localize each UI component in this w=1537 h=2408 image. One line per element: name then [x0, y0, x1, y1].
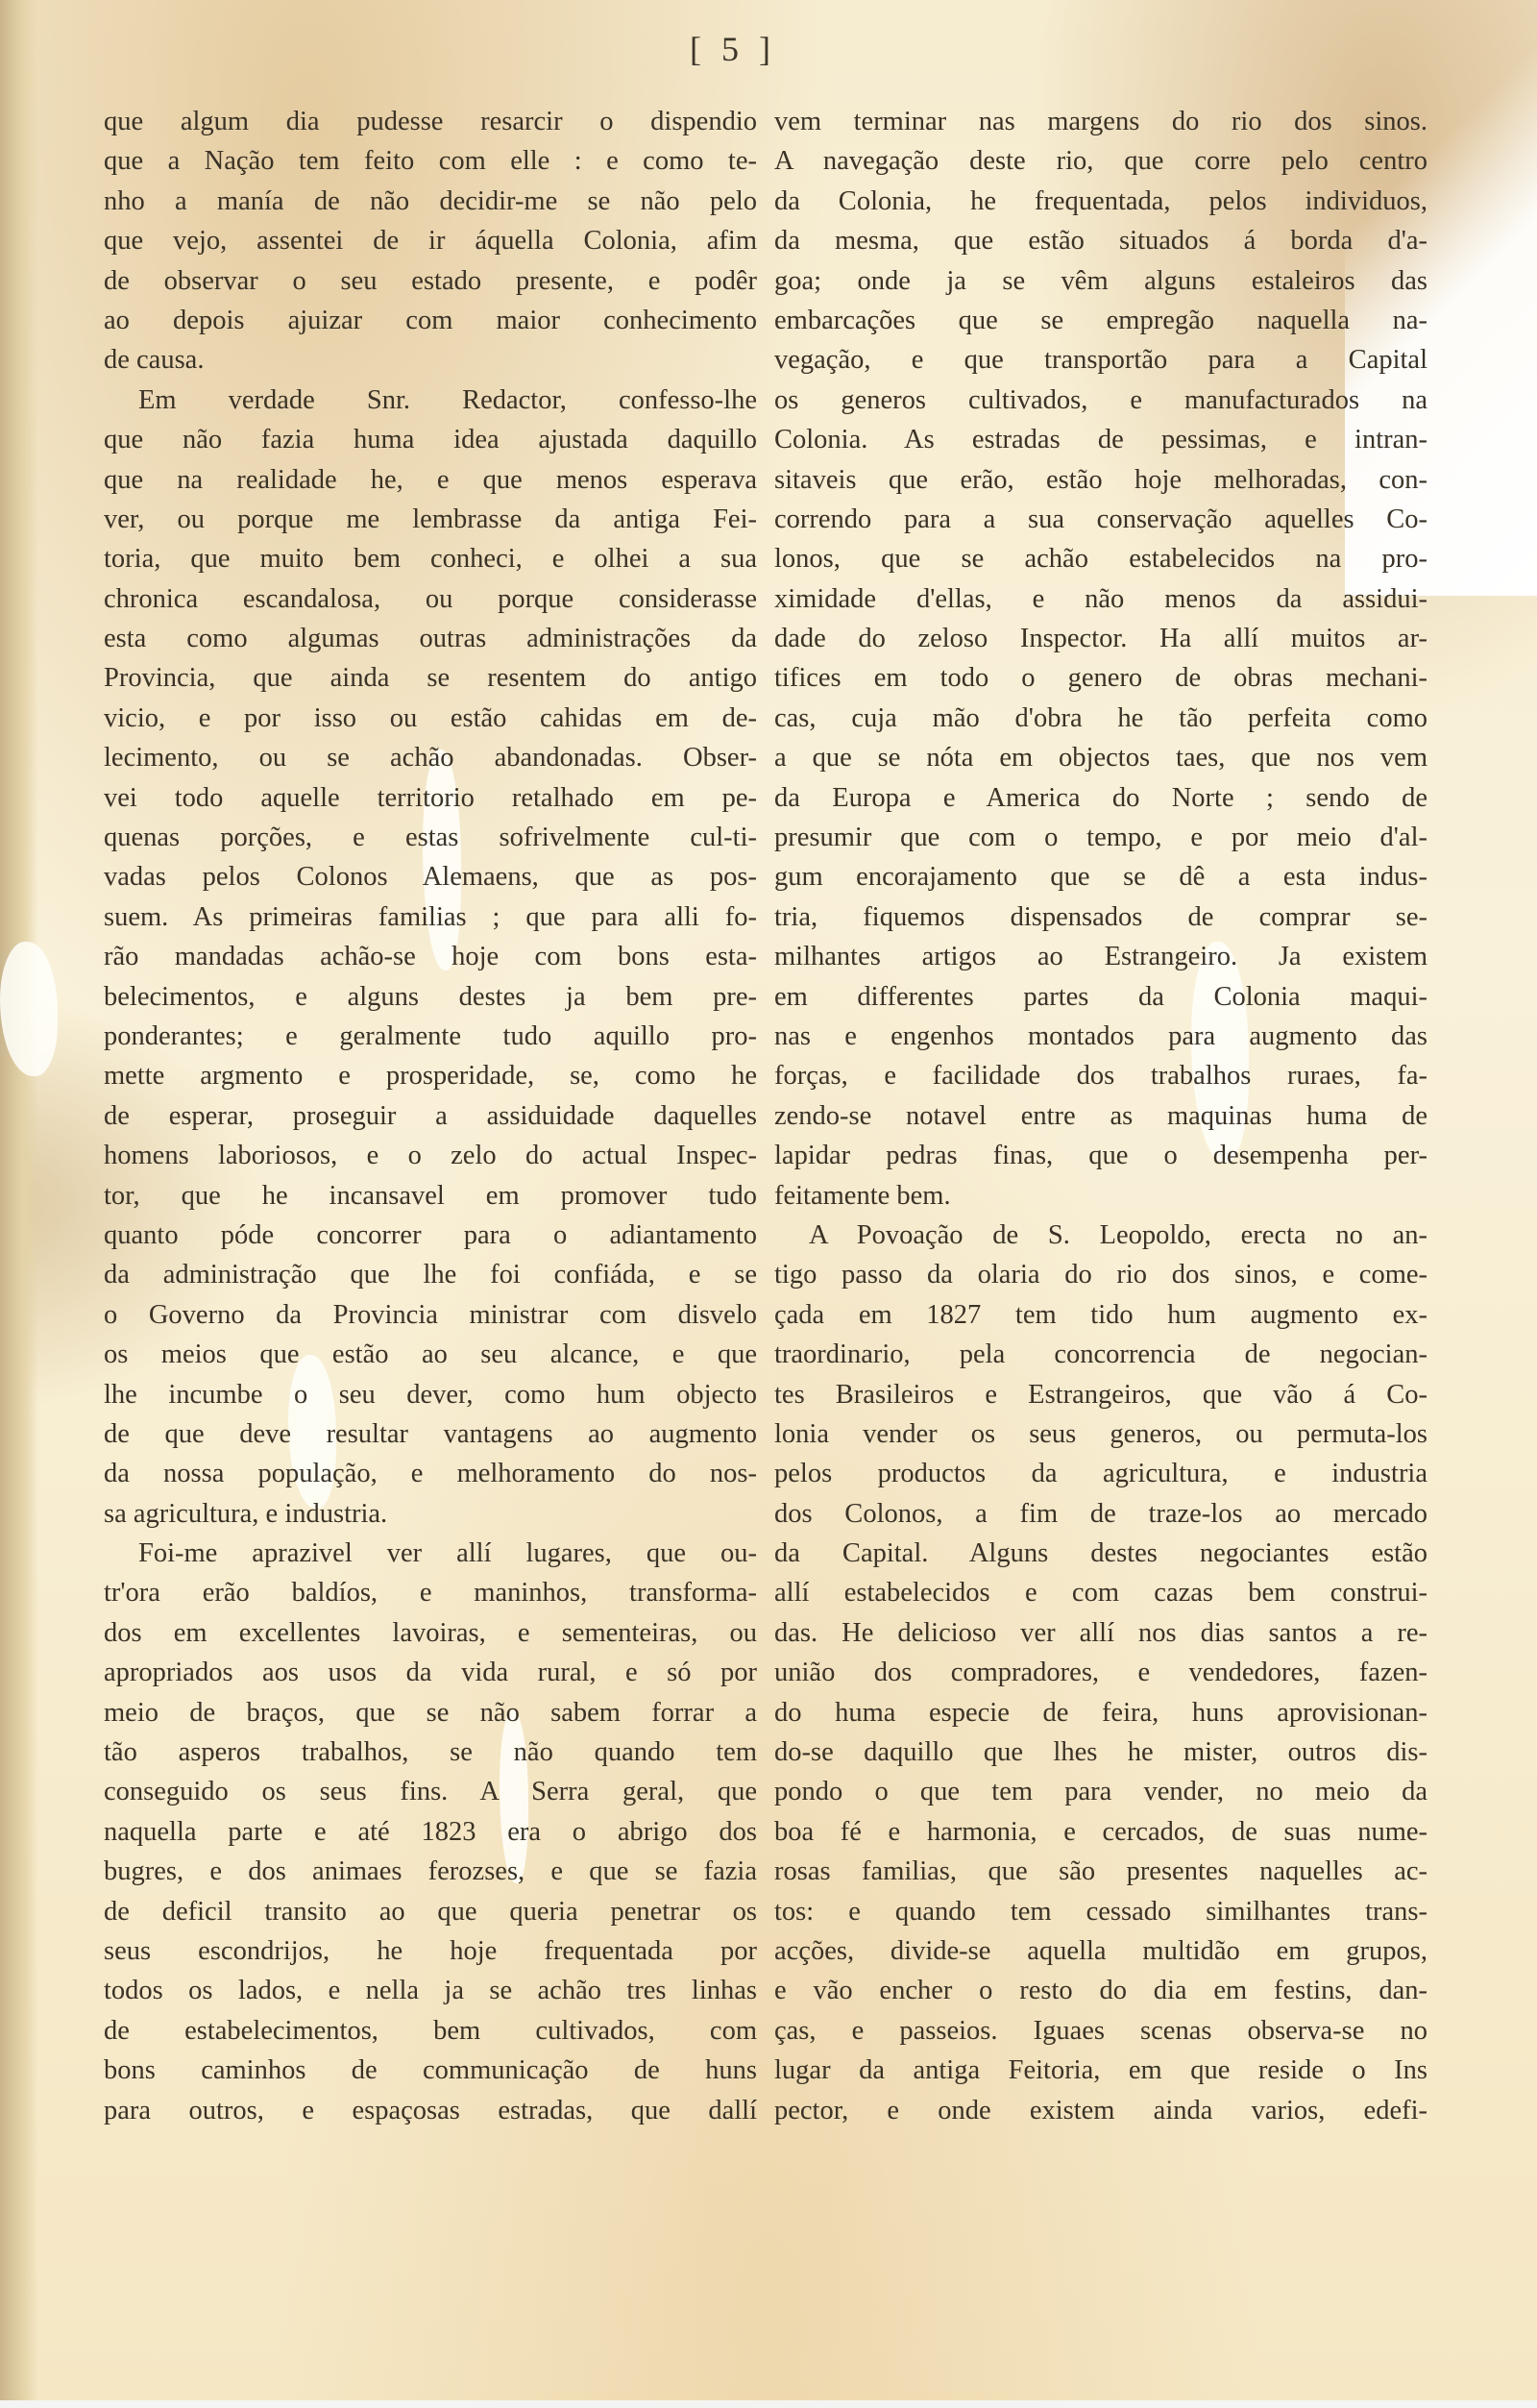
text-line: de esperar, proseguir a assiduidade daqu… — [104, 1096, 757, 1136]
text-line: tifices em todo o genero de obras mechan… — [774, 658, 1427, 698]
text-line: Provincia, que ainda se resentem do anti… — [104, 658, 757, 698]
text-line: sa agricultura, e industria. — [104, 1494, 757, 1534]
text-line: vei todo aquelle territorio retalhado em… — [104, 778, 757, 818]
text-line: dos em excellentes lavoiras, e sementeir… — [104, 1613, 757, 1653]
text-line: todos os lados, e nella ja se achão tres… — [104, 1971, 757, 2010]
text-line: mette argmento e prosperidade, se, como … — [104, 1056, 757, 1095]
text-line: união dos compradores, e vendedores, faz… — [774, 1653, 1427, 1692]
text-line: que algum dia pudesse resarcir o dispend… — [104, 102, 757, 141]
text-line: dade do zeloso Inspector. Ha allí muitos… — [774, 619, 1427, 658]
text-line: esta como algumas outras administrações … — [104, 619, 757, 658]
text-line: ças, e passeios. Iguaes scenas observa-s… — [774, 2011, 1427, 2051]
text-line: rão mandadas achão-se hoje com bons esta… — [104, 937, 757, 976]
text-line: naquella parte e até 1823 era o abrigo d… — [104, 1812, 757, 1852]
text-line: gum encorajamento que se dê a esta indus… — [774, 857, 1427, 897]
text-line: rosas familias, que são presentes naquel… — [774, 1852, 1427, 1891]
text-line: ao depois ajuizar com maior conhecimento — [104, 301, 757, 340]
text-line: Colonia. As estradas de pessimas, e intr… — [774, 420, 1427, 459]
text-line: do-se daquillo que lhes he mister, outro… — [774, 1732, 1427, 1772]
text-line: quanto póde concorrer para o adiantament… — [104, 1216, 757, 1255]
text-line: que não fazia huma idea ajustada daquill… — [104, 420, 757, 459]
text-line: boa fé e harmonia, e cercados, de suas n… — [774, 1812, 1427, 1852]
text-line: o Governo da Provincia ministrar com dis… — [104, 1295, 757, 1335]
text-line: a que se nóta em objectos taes, que nos … — [774, 738, 1427, 777]
text-line: çada em 1827 tem tido hum augmento ex- — [774, 1295, 1427, 1335]
text-line: lonia vender os seus generos, ou permuta… — [774, 1414, 1427, 1454]
text-line: bugres, e dos animaes ferozses, e que se… — [104, 1852, 757, 1891]
text-line: vicio, e por isso ou estão cahidas em de… — [104, 699, 757, 738]
text-line: da Capital. Alguns destes negociantes es… — [774, 1534, 1427, 1573]
right-text-column: vem terminar nas margens do rio dos sino… — [774, 102, 1427, 2130]
text-line: seus escondrijos, he hoje frequentada po… — [104, 1931, 757, 1971]
text-line: de estabelecimentos, bem cultivados, com — [104, 2011, 757, 2051]
text-line: suem. As primeiras familias ; que para a… — [104, 897, 757, 937]
paragraph-start-line: A Povoação de S. Leopoldo, erecta no an- — [774, 1216, 1427, 1255]
text-line: da Europa e America do Norte ; sendo de — [774, 778, 1427, 818]
text-line: dos Colonos, a fim de traze-los ao merca… — [774, 1494, 1427, 1534]
text-line: nas e engenhos montados para augmento da… — [774, 1017, 1427, 1056]
text-line: ver, ou porque me lembrasse da antiga Fe… — [104, 500, 757, 539]
text-line: vadas pelos Colonos Alemaens, que as pos… — [104, 857, 757, 897]
page-number: [ 5 ] — [690, 29, 776, 69]
text-line: presumir que com o tempo, e por meio d'a… — [774, 818, 1427, 857]
text-line: milhantes artigos ao Estrangeiro. Ja exi… — [774, 937, 1427, 976]
text-line: belecimentos, e alguns destes ja bem pre… — [104, 977, 757, 1017]
text-line: acções, divide-se aquella multidão em gr… — [774, 1931, 1427, 1971]
text-line: de que deve resultar vantagens ao augmen… — [104, 1414, 757, 1454]
text-line: cas, cuja mão d'obra he tão perfeita com… — [774, 699, 1427, 738]
scanned-newspaper-page: [ 5 ] que algum dia pudesse resarcir o d… — [0, 0, 1537, 2408]
text-line: da administração que lhe foi confiáda, e… — [104, 1255, 757, 1294]
text-line: forças, e facilidade dos trabalhos rurae… — [774, 1056, 1427, 1095]
text-line: homens laboriosos, e o zelo do actual In… — [104, 1136, 757, 1175]
text-line: vem terminar nas margens do rio dos sino… — [774, 102, 1427, 141]
text-line: lhe incumbe o seu dever, como hum object… — [104, 1375, 757, 1414]
text-line: A navegação deste rio, que corre pelo ce… — [774, 141, 1427, 181]
text-line: pondo o que tem para vender, no meio da — [774, 1772, 1427, 1811]
text-line: meio de braços, que se não sabem forrar … — [104, 1693, 757, 1732]
text-line: vegação, e que transportão para a Capita… — [774, 340, 1427, 380]
text-line: feitamente bem. — [774, 1176, 1427, 1216]
text-line: os generos cultivados, e manufacturados … — [774, 381, 1427, 420]
text-line: lugar da antiga Feitoria, em que reside … — [774, 2051, 1427, 2090]
text-line: de observar o seu estado presente, e pod… — [104, 261, 757, 301]
text-line: tão asperos trabalhos, se não quando tem — [104, 1732, 757, 1772]
text-line: tor, que he incansavel em promover tudo — [104, 1176, 757, 1216]
text-line: lapidar pedras finas, que o desempenha p… — [774, 1136, 1427, 1175]
text-line: lonos, que se achão estabelecidos na pro… — [774, 539, 1427, 578]
scan-bottom-border — [0, 2400, 1537, 2408]
page-left-binding-edge — [0, 0, 38, 2408]
text-line: que vejo, assentei de ir áquella Colonia… — [104, 221, 757, 260]
text-line: pelos productos da agricultura, e indust… — [774, 1454, 1427, 1493]
text-line: de deficil transito ao que queria penetr… — [104, 1892, 757, 1931]
text-line: pector, e onde existem ainda varios, ede… — [774, 2091, 1427, 2130]
text-line: da nossa população, e melhoramento do no… — [104, 1454, 757, 1493]
text-line: tes Brasileiros e Estrangeiros, que vão … — [774, 1375, 1427, 1414]
text-line: chronica escandalosa, ou porque consider… — [104, 579, 757, 619]
text-line: tos: e quando tem cessado similhantes tr… — [774, 1892, 1427, 1931]
text-line: tria, fiquemos dispensados de comprar se… — [774, 897, 1427, 937]
text-line: allí estabelecidos e com cazas bem const… — [774, 1573, 1427, 1612]
text-line: conseguido os seus fins. A Serra geral, … — [104, 1772, 757, 1811]
text-line: de causa. — [104, 340, 757, 380]
text-line: ponderantes; e geralmente tudo aquillo p… — [104, 1017, 757, 1056]
text-line: da Colonia, he frequentada, pelos indivi… — [774, 182, 1427, 221]
text-line: do huma especie de feira, huns aprovisio… — [774, 1693, 1427, 1732]
paragraph-start-line: Em verdade Snr. Redactor, confesso-lhe — [104, 381, 757, 420]
text-line: para outros, e espaçosas estradas, que d… — [104, 2091, 757, 2130]
text-line: quenas porções, e estas sofrivelmente cu… — [104, 818, 757, 857]
text-line: nho a manía de não decidir-me se não pel… — [104, 182, 757, 221]
paragraph-start-line: Foi-me aprazivel ver allí lugares, que o… — [104, 1534, 757, 1573]
text-line: da mesma, que estão situados á borda d'a… — [774, 221, 1427, 260]
text-line: em differentes partes da Colonia maqui- — [774, 977, 1427, 1017]
text-line: zendo-se notavel entre as maquinas huma … — [774, 1096, 1427, 1136]
text-line: tigo passo da olaria do rio dos sinos, e… — [774, 1255, 1427, 1294]
text-line: das. He delicioso ver allí nos dias sant… — [774, 1613, 1427, 1653]
text-line: toria, que muito bem conheci, e olhei a … — [104, 539, 757, 578]
text-line: traordinario, pela concorrencia de negoc… — [774, 1335, 1427, 1374]
text-line: apropriados aos usos da vida rural, e só… — [104, 1653, 757, 1692]
text-line: que a Nação tem feito com elle : e como … — [104, 141, 757, 181]
text-line: tr'ora erão baldíos, e maninhos, transfo… — [104, 1573, 757, 1612]
text-line: correndo para a sua conservação aquelles… — [774, 500, 1427, 539]
text-line: sitaveis que erão, estão hoje melhoradas… — [774, 460, 1427, 500]
text-line: os meios que estão ao seu alcance, e que — [104, 1335, 757, 1374]
left-text-column: que algum dia pudesse resarcir o dispend… — [104, 102, 757, 2130]
text-line: e vão encher o resto do dia em festins, … — [774, 1971, 1427, 2010]
text-line: bons caminhos de communicação de huns — [104, 2051, 757, 2090]
text-line: lecimento, ou se achão abandonadas. Obse… — [104, 738, 757, 777]
text-line: ximidade d'ellas, e não menos da assidui… — [774, 579, 1427, 619]
text-line: goa; onde ja se vêm alguns estaleiros da… — [774, 261, 1427, 301]
text-line: que na realidade he, e que menos esperav… — [104, 460, 757, 500]
text-line: embarcações que se empregão naquella na- — [774, 301, 1427, 340]
